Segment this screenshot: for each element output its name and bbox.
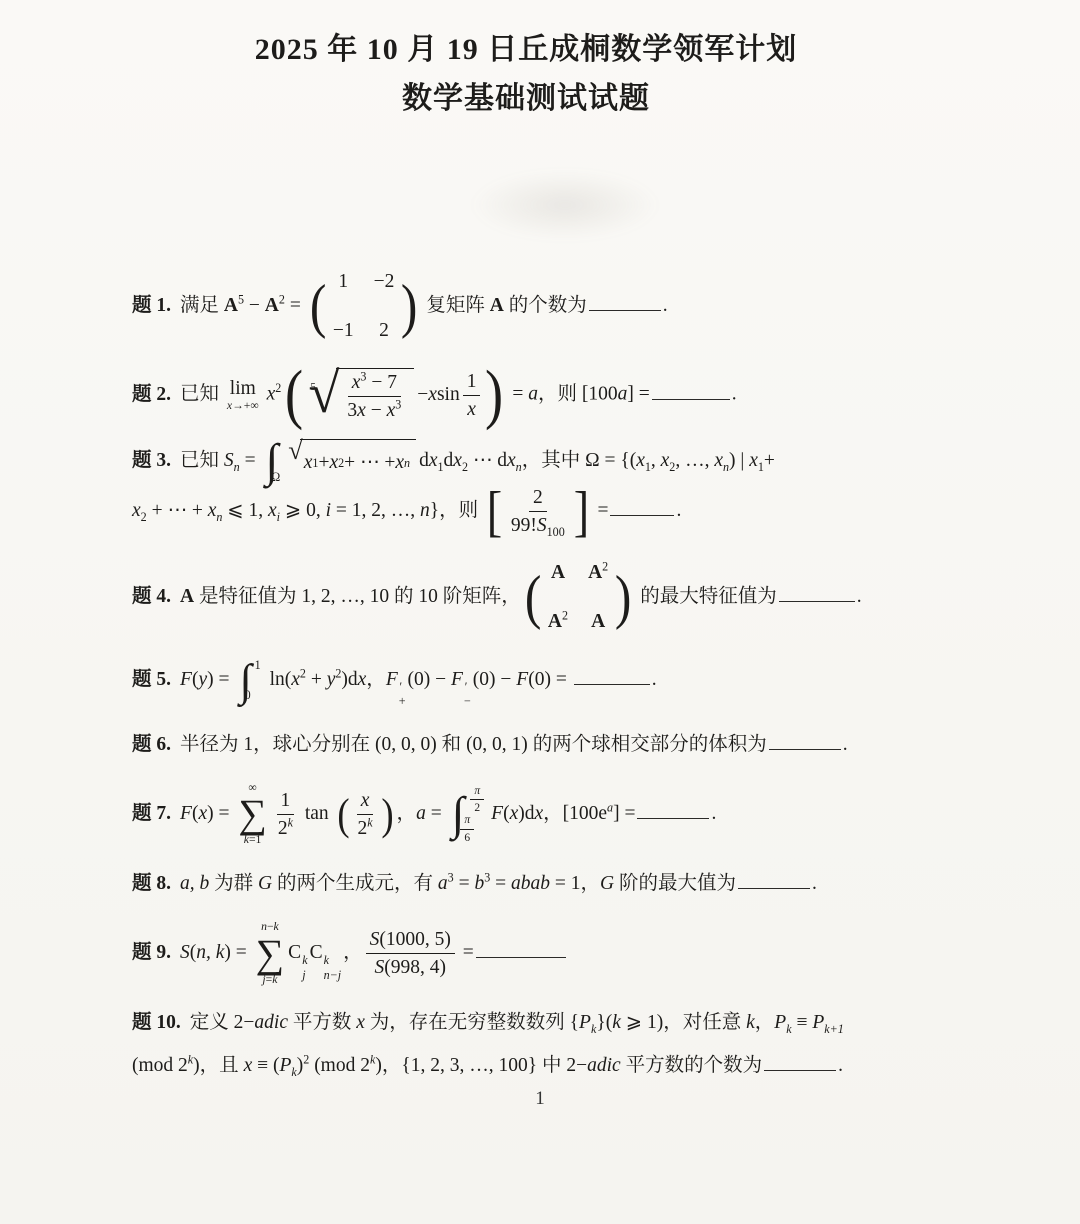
text-run: 半径为 xyxy=(180,734,243,755)
text-run: , …, xyxy=(675,450,714,471)
matrix: (1−2−12) xyxy=(308,261,420,352)
fraction: 12k xyxy=(274,789,297,840)
text-run: ln( xyxy=(265,669,292,690)
text-run: ， xyxy=(382,1055,402,1076)
summation: n−k∑j=k xyxy=(256,920,285,987)
summation: ∞∑k=1 xyxy=(238,781,267,848)
text-run: F xyxy=(516,669,528,690)
text-run: x xyxy=(387,400,396,421)
text-run: =1 xyxy=(249,833,261,846)
fraction: x2k xyxy=(353,789,376,840)
text-run: = 1, 2, …, xyxy=(331,500,420,521)
text-run: G xyxy=(600,873,614,894)
text-run: S xyxy=(537,515,547,536)
text-run: = xyxy=(508,384,529,405)
stack-superscript: k xyxy=(324,953,329,968)
text-run: ⩾ 1) xyxy=(621,1012,663,1033)
text-run: + xyxy=(764,450,775,471)
open-delimiter: [ xyxy=(487,488,502,536)
text-run: x xyxy=(291,669,300,690)
text-run: A xyxy=(588,562,602,583)
text-run: 1, 2, …, 10 xyxy=(301,586,389,607)
text-run: (998, 4) xyxy=(384,957,446,978)
problem-line: x2 + ⋯ + xn ⩽ 1, xi ⩾ 0, i = 1, 2, …, n}… xyxy=(132,486,1024,537)
matrix-cell: A xyxy=(551,552,565,594)
problem: 题 3.已知 Sn = ∫Ω√x1 + x2 + ⋯ + xndx1dx2 ⋯ … xyxy=(132,438,1024,537)
sum-lower-limit: k=1 xyxy=(244,833,262,848)
problem-label: 题 10. xyxy=(132,1012,181,1033)
problem-line: 题 4.A 是特征值为 1, 2, …, 10 的 10 阶矩阵，(AA2A2A… xyxy=(132,552,1024,643)
problem-line: 题 2.已知 limx→+∞ x2(5√x3 − 73x − x3 − x si… xyxy=(132,367,1024,423)
paren-group: (x2k) xyxy=(336,789,395,840)
problem-label: 题 5. xyxy=(132,669,171,690)
upper-limit: 1 xyxy=(255,659,261,672)
text-run: Ω xyxy=(271,470,280,484)
text-run: 1 xyxy=(243,734,253,755)
text-run: x xyxy=(714,450,723,471)
text-run: 复矩阵 xyxy=(421,295,489,316)
text-run: 2 xyxy=(278,818,288,839)
fraction: 299!S100 xyxy=(507,486,569,537)
text-run: a, b xyxy=(180,873,209,894)
sum-sign: ∑ xyxy=(256,935,285,973)
numerator: 1 xyxy=(277,789,295,815)
close-delimiter: ) xyxy=(381,795,393,833)
problem: 题 10.定义 2−adic 平方数 x 为，存在无穷整数数列 {Pk}(k ⩾… xyxy=(132,1002,1024,1087)
matrix-grid: AA2A2A xyxy=(543,552,613,643)
radicand: x1 + x2 + ⋯ + xn xyxy=(300,439,416,484)
text-run: −1 xyxy=(333,320,354,341)
text-run: 已知 xyxy=(180,450,224,471)
matrix-cell: A2 xyxy=(588,552,608,594)
text-run: . xyxy=(652,669,657,690)
text-run: S xyxy=(375,957,385,978)
text-run: 10 xyxy=(418,586,438,607)
text-run: S xyxy=(370,929,380,950)
matrix-cell: A xyxy=(591,601,605,643)
text-run: 平方数 xyxy=(288,1012,356,1033)
text-run: 2 xyxy=(533,487,543,508)
problem-line: 题 10.定义 2−adic 平方数 x 为，存在无穷整数数列 {Pk}(k ⩾… xyxy=(132,1002,1024,1044)
text-run: x xyxy=(636,450,645,471)
exam-title-line2: 数学基础测试试题 xyxy=(56,75,996,124)
text-run: F xyxy=(491,803,503,824)
text-run: 6 xyxy=(464,832,470,844)
text-run: x xyxy=(661,450,670,471)
problem: 题 6.半径为 1，球心分别在 (0, 0, 0) 和 (0, 0, 1) 的两… xyxy=(132,724,1024,766)
superscript: 3 xyxy=(395,398,401,412)
integral-limits: Ω xyxy=(278,438,281,485)
text-run: ， xyxy=(755,1012,775,1033)
text-run: C xyxy=(310,942,323,963)
text-run: { xyxy=(570,1012,579,1033)
text-run: P xyxy=(774,1012,786,1033)
text-run: P xyxy=(279,1055,291,1076)
text-run: = xyxy=(454,873,475,894)
stack-subscript: − xyxy=(464,694,471,709)
text-run: ) | xyxy=(729,450,749,471)
text-run: adic xyxy=(587,1055,621,1076)
radical: √x1 + x2 + ⋯ + xn xyxy=(288,439,416,484)
lower-limit: π6 xyxy=(457,814,487,843)
text-run: 平方数的个数为 xyxy=(621,1055,762,1076)
problem-label: 题 9. xyxy=(132,942,171,963)
text-run: a xyxy=(416,803,426,824)
text-run: C xyxy=(288,942,301,963)
denominator: 2k xyxy=(274,815,297,840)
text-run: 1 xyxy=(338,271,348,292)
text-run: P xyxy=(579,1012,591,1033)
text-run: A xyxy=(265,295,279,316)
text-run: tan xyxy=(300,803,334,824)
paren-group: (5√x3 − 73x − x3 − x sin 1x) xyxy=(283,367,505,423)
text-run: x xyxy=(132,500,141,521)
text-run: , xyxy=(651,450,661,471)
numerator: x xyxy=(357,789,374,815)
text-run: = xyxy=(490,873,511,894)
limit: limx→+∞ xyxy=(227,378,259,412)
stack-subscript: n−j xyxy=(324,968,342,983)
answer-blank xyxy=(574,681,650,685)
text-run: d xyxy=(419,450,429,471)
text-run: 的 xyxy=(389,586,418,607)
text-run: (0) − xyxy=(408,669,452,690)
text-run: x xyxy=(507,450,516,471)
text-run: (0) − xyxy=(473,669,517,690)
text-run: + ⋯ + xyxy=(344,442,395,484)
subscript: k+1 xyxy=(824,1022,844,1036)
page-number: 1 xyxy=(0,1088,1080,1110)
text-run: x xyxy=(329,442,338,484)
text-run: (0, 0, 1) xyxy=(466,734,528,755)
problem: 题 9.S(n, k) = n−k∑j=kCkjCkn−j，S(1000, 5)… xyxy=(132,920,1024,987)
radicand: x3 − 73x − x3 xyxy=(336,368,414,422)
stack-superscript: k xyxy=(302,953,307,968)
text-run: y xyxy=(198,669,207,690)
text-run: ≡ xyxy=(792,1012,813,1033)
problem-line: 题 5.F(y) = ∫10 ln(x2 + y2)dx，F′+(0) − F′… xyxy=(132,658,1024,709)
text-run: 阶矩阵， xyxy=(438,586,521,607)
matrix-grid: 1−2−12 xyxy=(328,261,400,352)
text-run: 1 xyxy=(255,658,261,672)
text-run: x xyxy=(262,384,276,405)
text-run: 已知 xyxy=(180,384,224,405)
text-run: ，且 xyxy=(200,1055,244,1076)
open-delimiter: ( xyxy=(310,281,327,332)
problem-label: 题 8. xyxy=(132,873,171,894)
text-run: = xyxy=(458,942,474,963)
text-run: P xyxy=(812,1012,824,1033)
text-run: . xyxy=(732,384,737,405)
text-run: 中 xyxy=(537,1055,566,1076)
subscript: 100 xyxy=(547,525,565,539)
text-run: ，则 xyxy=(439,500,483,521)
lower-limit: 0 xyxy=(245,689,261,702)
text-run: A xyxy=(551,562,565,583)
denominator: 6 xyxy=(460,830,474,844)
exam-page: 2025 年 10 月 19 日丘成桐数学领军计划 数学基础测试试题 题 1.满… xyxy=(0,0,1080,1224)
text-run: ) = xyxy=(224,942,251,963)
problem: 题 4.A 是特征值为 1, 2, …, 10 的 10 阶矩阵，(AA2A2A… xyxy=(132,552,1024,643)
close-delimiter: ] xyxy=(573,488,588,536)
limit-subscript: x→+∞ xyxy=(227,400,259,413)
text-run: k xyxy=(272,973,277,986)
superscript: 2 xyxy=(275,381,281,395)
text-run: − xyxy=(244,295,265,316)
text-run: A xyxy=(591,611,605,632)
matrix-cell: A2 xyxy=(548,601,568,643)
text-run: x xyxy=(356,1012,365,1033)
problem: 题 2.已知 limx→+∞ x2(5√x3 − 73x − x3 − x si… xyxy=(132,367,1024,423)
open-delimiter: ( xyxy=(525,572,542,623)
text-run: ⋯ d xyxy=(468,450,507,471)
text-run: 为群 xyxy=(209,873,258,894)
text-run: abab xyxy=(511,873,550,894)
text-run: − 7 xyxy=(366,372,397,393)
denominator: 2k xyxy=(353,815,376,840)
text-run: − xyxy=(417,374,428,416)
text-run: = 1 xyxy=(550,873,581,894)
exam-title: 2025 年 10 月 19 日丘成桐数学领军计划 数学基础测试试题 xyxy=(56,26,996,123)
text-run: x xyxy=(510,803,519,824)
upper-limit: π2 xyxy=(467,785,487,814)
radical-index: 5 xyxy=(310,376,316,400)
text-run: 满足 xyxy=(180,295,224,316)
problem-line: 题 6.半径为 1，球心分别在 (0, 0, 0) 和 (0, 0, 1) 的两… xyxy=(132,724,1024,766)
answer-blank xyxy=(637,815,709,819)
text-run: 2 xyxy=(474,802,480,814)
text-run: ⩽ 1, xyxy=(222,500,268,521)
text-run: = xyxy=(593,500,609,521)
text-run: S xyxy=(224,450,234,471)
problem: 题 5.F(y) = ∫10 ln(x2 + y2)dx，F′+(0) − F′… xyxy=(132,658,1024,709)
text-run: Ω = {( xyxy=(585,450,636,471)
text-run: + ⋯ + xyxy=(147,500,208,521)
text-run: = xyxy=(426,803,447,824)
text-run: . xyxy=(857,586,862,607)
problem-line: 题 9.S(n, k) = n−k∑j=kCkjCkn−j，S(1000, 5)… xyxy=(132,920,1024,987)
problem: 题 8.a, b 为群 G 的两个生成元，有 a3 = b3 = abab = … xyxy=(132,863,1024,905)
stack-superscript: ′ xyxy=(464,680,467,695)
text-run: x xyxy=(428,374,437,416)
problems-list: 题 1.满足 A5 − A2 = (1−2−12) 复矩阵 A 的个数为.题 2… xyxy=(132,261,1024,1087)
matrix-cell: 1 xyxy=(338,261,348,303)
integral: ∫Ω xyxy=(265,438,281,485)
text-run: ， xyxy=(580,873,600,894)
text-run: adic xyxy=(254,1012,288,1033)
text-run: ， xyxy=(397,803,417,824)
text-run: 定义 xyxy=(190,1012,234,1033)
text-run: x xyxy=(429,450,438,471)
text-run: ，对任意 xyxy=(663,1012,746,1033)
text-run: F xyxy=(451,669,463,690)
text-run: d xyxy=(444,450,454,471)
problem-label: 题 3. xyxy=(132,450,171,471)
matrix-cell: −1 xyxy=(333,310,354,352)
text-run: 阶的最大值为 xyxy=(614,873,736,894)
text-run: a xyxy=(618,384,628,405)
text-run: }( xyxy=(596,1012,612,1033)
text-run: A xyxy=(224,295,238,316)
sup-sub-stack: kn−j xyxy=(324,953,342,982)
text-run: = xyxy=(240,450,261,471)
problem: 题 1.满足 A5 − A2 = (1−2−12) 复矩阵 A 的个数为. xyxy=(132,261,1024,352)
stack-subscript: j xyxy=(302,968,305,983)
stack-superscript: ′ xyxy=(399,680,402,695)
numerator: 1 xyxy=(463,370,481,396)
text-run: →+∞ xyxy=(232,399,259,412)
lower-limit: Ω xyxy=(271,471,281,484)
problem-line: 题 8.a, b 为群 G 的两个生成元，有 a3 = b3 = abab = … xyxy=(132,863,1024,905)
text-run: )d xyxy=(518,803,534,824)
text-run: S xyxy=(180,942,190,963)
text-run: a xyxy=(528,384,538,405)
text-run: 的两个球相交部分的体积为 xyxy=(528,734,767,755)
text-run: (mod 2 xyxy=(309,1055,370,1076)
text-run: . xyxy=(843,734,848,755)
text-run: x xyxy=(244,1055,253,1076)
text-run: = xyxy=(285,295,306,316)
denominator: x xyxy=(463,396,480,421)
text-run: a xyxy=(438,873,448,894)
text-run: ， xyxy=(366,669,386,690)
text-run: ≡ ( xyxy=(252,1055,279,1076)
integral: ∫10 xyxy=(239,658,260,703)
sup-sub-stack: ′− xyxy=(464,680,471,709)
text-run: 1 xyxy=(467,371,477,392)
close-delimiter: ) xyxy=(401,281,418,332)
text-run: {1, 2, 3, …, 100} xyxy=(401,1055,537,1076)
superscript: 2 xyxy=(562,609,568,623)
problem-line: (mod 2k)，且 x ≡ (Pk)2 (mod 2k)，{1, 2, 3, … xyxy=(132,1045,1024,1087)
text-run: 99! xyxy=(511,515,537,536)
text-run: + xyxy=(318,442,329,484)
text-run: (1000, 5) xyxy=(379,929,451,950)
text-run: . xyxy=(663,295,668,316)
text-run: )d xyxy=(341,669,357,690)
answer-blank xyxy=(764,1067,836,1071)
fraction: π2 xyxy=(470,785,484,814)
text-run: k xyxy=(612,1012,621,1033)
text-run: 2 xyxy=(357,818,367,839)
sup-sub-stack: ′+ xyxy=(399,680,406,709)
problem-line: 题 7.F(x) = ∞∑k=112k tan (x2k)，a = ∫π2π6F… xyxy=(132,781,1024,848)
answer-blank xyxy=(589,307,661,311)
text-run: n, k xyxy=(196,942,224,963)
fraction: π6 xyxy=(460,814,474,843)
text-run: ] = xyxy=(627,384,649,405)
text-run: x xyxy=(198,803,207,824)
exam-title-line1: 2025 年 10 月 19 日丘成桐数学领军计划 xyxy=(56,26,996,75)
text-run: ，则 xyxy=(538,384,582,405)
text-run: F xyxy=(180,669,192,690)
text-run: −2 xyxy=(374,271,395,292)
text-run: 为，存在无穷整数数列 xyxy=(365,1012,570,1033)
text-run: 2− xyxy=(566,1055,587,1076)
text-run: 0 xyxy=(245,688,251,702)
answer-blank xyxy=(769,746,841,750)
text-run: } xyxy=(430,500,439,521)
integral-limits: π2π6 xyxy=(464,784,487,844)
problem-label: 题 6. xyxy=(132,734,171,755)
numerator: x3 − 7 xyxy=(348,371,401,397)
text-run: n xyxy=(420,500,430,521)
text-run: x xyxy=(453,450,462,471)
text-run: x xyxy=(268,500,277,521)
matrix-cell: 2 xyxy=(379,310,389,352)
text-run: G xyxy=(258,873,272,894)
text-run: ] = xyxy=(613,803,635,824)
text-run: + xyxy=(306,669,327,690)
integral: ∫π2π6 xyxy=(452,784,488,844)
sum-lower-limit: j=k xyxy=(262,973,277,988)
text-run: k xyxy=(746,1012,755,1033)
text-run: ， xyxy=(343,942,363,963)
text-run: 3 xyxy=(347,400,357,421)
text-run: A xyxy=(548,611,562,632)
numerator: S(1000, 5) xyxy=(366,928,455,954)
text-run: 是特征值为 xyxy=(194,586,301,607)
problem-line: 题 1.满足 A5 − A2 = (1−2−12) 复矩阵 A 的个数为. xyxy=(132,261,1024,352)
fraction: x3 − 73x − x3 xyxy=(343,371,405,422)
text-run: π xyxy=(474,785,480,797)
denominator: 3x − x3 xyxy=(343,397,405,422)
denominator: S(998, 4) xyxy=(371,954,451,979)
integral-limits: 10 xyxy=(252,658,261,703)
answer-blank xyxy=(779,598,855,602)
text-run: ，球心分别在 xyxy=(253,734,375,755)
scan-artifact xyxy=(470,170,660,240)
superscript: k xyxy=(367,815,372,829)
denominator: 99!S100 xyxy=(507,512,569,537)
text-run: A xyxy=(490,295,504,316)
text-run: [100e xyxy=(563,803,607,824)
numerator: 2 xyxy=(529,486,547,512)
text-run: 2− xyxy=(234,1012,255,1033)
limit-operator: lim xyxy=(230,378,256,399)
text-run: x xyxy=(534,803,543,824)
text-run: 的最大特征值为 xyxy=(635,586,776,607)
text-run: π xyxy=(464,814,470,826)
text-run: ⩾ 0, xyxy=(280,500,326,521)
text-run: 2 xyxy=(379,320,389,341)
text-run: x xyxy=(357,400,366,421)
text-run: . xyxy=(812,873,817,894)
text-run: ) = xyxy=(207,803,234,824)
answer-blank xyxy=(738,885,810,889)
text-run: 1 xyxy=(281,790,291,811)
matrix-cell: −2 xyxy=(374,261,395,303)
text-run: F xyxy=(386,669,398,690)
text-run: x xyxy=(395,442,404,484)
text-run: (0, 0, 0) xyxy=(375,734,437,755)
close-delimiter: ) xyxy=(615,572,632,623)
stack-subscript: + xyxy=(399,694,406,709)
fraction: S(1000, 5)S(998, 4) xyxy=(366,928,455,979)
text-run: (0) = xyxy=(528,669,572,690)
text-run: b xyxy=(474,873,484,894)
denominator: 2 xyxy=(470,800,484,814)
text-run: x xyxy=(304,442,313,484)
text-run: 的个数为 xyxy=(504,295,587,316)
problem-label: 题 7. xyxy=(132,803,171,824)
superscript: k xyxy=(288,815,293,829)
radical: 5√x3 − 73x − x3 xyxy=(308,368,414,422)
sup-sub-stack: kj xyxy=(302,953,307,982)
numerator: π xyxy=(460,814,474,829)
text-run: ) = xyxy=(207,669,234,690)
answer-blank xyxy=(610,512,674,516)
